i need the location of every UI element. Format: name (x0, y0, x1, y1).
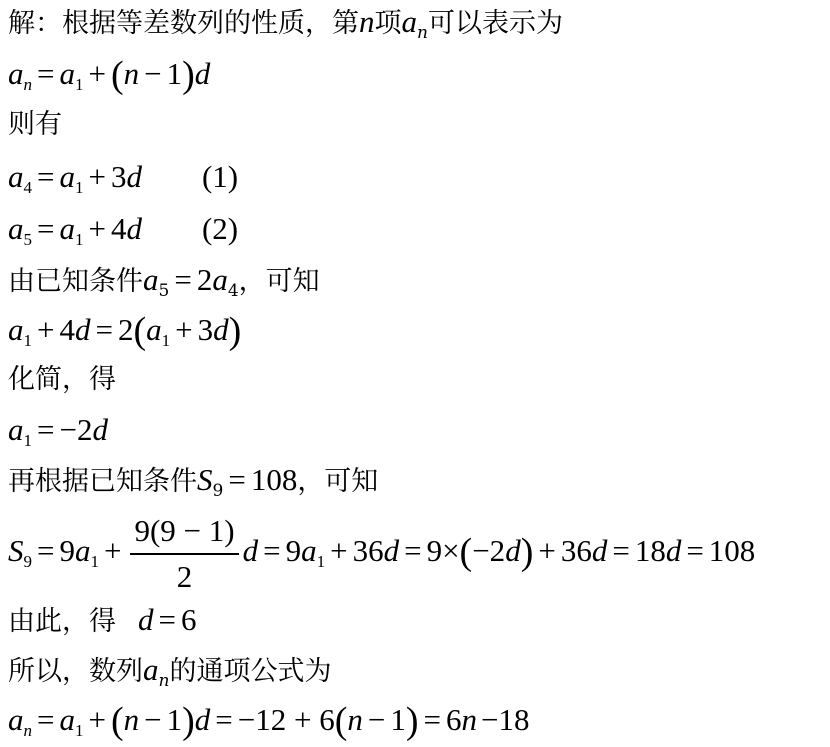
var-d: d (213, 312, 229, 347)
text: 可以表示为 (428, 8, 563, 39)
equation-tag: (1) (202, 159, 238, 194)
var-d: d (505, 533, 521, 568)
number: 3 (111, 159, 127, 194)
subscript: 1 (24, 431, 33, 450)
number: 1 (167, 56, 183, 91)
var-d: d (75, 312, 91, 347)
text: ，可知 (297, 466, 378, 497)
var-a: a (8, 159, 24, 194)
number: 2 (197, 262, 213, 297)
equals: = (258, 533, 285, 568)
equals: = (32, 56, 59, 91)
paren: ) (182, 54, 195, 96)
formula-final: an=a1+(n−1)d=−12 + 6(n−1)=6n−18 (8, 702, 529, 739)
subscript: 9 (24, 552, 33, 571)
equals: = (32, 412, 59, 447)
line-intro: 解：根据等差数列的性质，第n项an可以表示为 (8, 4, 563, 42)
subscript: 4 (228, 281, 239, 301)
subscript: n (24, 721, 33, 740)
var-s: S (8, 533, 24, 568)
var-a: a (8, 702, 24, 737)
var-a: a (59, 159, 75, 194)
var-d: d (195, 702, 211, 737)
subscript: 4 (24, 178, 33, 197)
equals: = (90, 312, 117, 347)
equals: = (32, 211, 59, 246)
var-d: d (92, 412, 108, 447)
paren: ) (182, 700, 195, 742)
formula-general-term: an=a1+(n−1)d (8, 56, 210, 93)
subscript: 5 (159, 281, 170, 301)
minus: − (139, 702, 166, 737)
number: −12 + 6 (238, 702, 335, 737)
number: 1 (167, 702, 183, 737)
var-a: a (146, 312, 162, 347)
number: 2 (118, 312, 134, 347)
var-a: a (8, 412, 24, 447)
number: 9 (59, 533, 75, 568)
number: −2 (472, 533, 505, 568)
equals: = (223, 462, 250, 497)
equals: = (154, 602, 181, 637)
text: 由已知条件 (8, 266, 143, 297)
var-d: d (126, 159, 142, 194)
text: 项 (375, 8, 402, 39)
plus: + (99, 533, 126, 568)
equals: = (32, 159, 59, 194)
equals: = (169, 262, 196, 297)
text-then: 则有 (8, 107, 62, 143)
plus: + (32, 312, 59, 347)
number: −18 (477, 702, 529, 737)
number: 18 (635, 533, 666, 568)
var-a: a (143, 262, 159, 297)
equals: = (32, 702, 59, 737)
plus: + (83, 702, 110, 737)
var-n: n (124, 56, 140, 91)
var-d: d (384, 533, 400, 568)
paren: ( (111, 700, 124, 742)
text: 由此，得 (8, 606, 116, 637)
minus: − (363, 702, 390, 737)
paren: ( (460, 531, 473, 573)
var-a: a (59, 56, 75, 91)
var-a: a (8, 312, 24, 347)
number: 36 (561, 533, 592, 568)
var-a: a (75, 533, 91, 568)
minus: − (139, 56, 166, 91)
fraction-denominator: 2 (130, 555, 238, 597)
var-d: d (138, 602, 154, 637)
number: 4 (111, 211, 127, 246)
subscript: 9 (213, 481, 224, 501)
subscript: n (417, 23, 428, 43)
fraction: 9(9 − 1)2 (130, 511, 238, 597)
text: 解：根据等差数列的性质，第 (8, 8, 359, 39)
number: 4 (59, 312, 75, 347)
subscript: n (159, 671, 170, 691)
var-a: a (212, 262, 228, 297)
equation-a1: a1=−2d (8, 412, 108, 448)
var-a: a (59, 211, 75, 246)
var-d: d (666, 533, 682, 568)
subscript: 1 (162, 331, 171, 350)
line-condition: 由已知条件a5=2a4，可知 (8, 262, 320, 300)
var-a: a (8, 211, 24, 246)
equation-1: a4=a1+3d(1) (8, 159, 238, 195)
var-n: n (462, 702, 478, 737)
subscript: 5 (24, 230, 33, 249)
var-a: a (143, 652, 159, 687)
text: ，可知 (239, 266, 320, 297)
line-condition-s9: 再根据已知条件S9=108，可知 (8, 462, 378, 500)
equation-substitute: a1+4d=2(a1+3d) (8, 312, 241, 349)
var-a: a (301, 533, 317, 568)
plus: + (533, 533, 560, 568)
var-n: n (359, 4, 375, 39)
subscript: 1 (24, 331, 33, 350)
text: 所以，数列 (8, 656, 143, 687)
equals: = (399, 533, 426, 568)
equation-tag: (2) (202, 211, 238, 246)
line-result-d: 由此，得d=6 (8, 602, 196, 640)
subscript: 1 (90, 552, 99, 571)
number: 9 (286, 533, 302, 568)
plus: + (325, 533, 352, 568)
plus: + (170, 312, 197, 347)
text: 再根据已知条件 (8, 466, 197, 497)
var-a: a (8, 56, 24, 91)
var-d: d (126, 211, 142, 246)
number: 3 (198, 312, 214, 347)
var-d: d (195, 56, 211, 91)
number: 6 (446, 702, 462, 737)
paren: ) (406, 700, 419, 742)
equals: = (419, 702, 446, 737)
text-simplify: 化简，得 (8, 362, 116, 398)
var-a: a (59, 702, 75, 737)
var-a: a (402, 4, 418, 39)
paren: ( (133, 310, 146, 352)
number: 36 (353, 533, 384, 568)
text: 的通项公式为 (169, 656, 331, 687)
equation-2: a5=a1+4d(2) (8, 211, 238, 247)
paren: ( (111, 54, 124, 96)
line-conclusion: 所以，数列an的通项公式为 (8, 652, 331, 690)
number: 9× (427, 533, 460, 568)
var-n: n (347, 702, 363, 737)
subscript: n (24, 75, 33, 94)
number: 108 (251, 462, 298, 497)
number: 6 (181, 602, 197, 637)
paren: ( (335, 700, 348, 742)
equals: = (607, 533, 634, 568)
number: 1 (390, 702, 406, 737)
plus: + (83, 211, 110, 246)
var-s: S (197, 462, 213, 497)
var-d: d (592, 533, 608, 568)
equation-sum: S9=9a1+9(9 − 1)2d=9a1+36d=9×(−2d)+36d=18… (8, 508, 755, 594)
subscript: 1 (317, 552, 326, 571)
equals: = (681, 533, 708, 568)
fraction-numerator: 9(9 − 1) (130, 511, 238, 555)
equals: = (32, 533, 59, 568)
paren: ) (229, 310, 242, 352)
equals: = (210, 702, 237, 737)
plus: + (83, 159, 110, 194)
number: 108 (709, 533, 756, 568)
var-d: d (243, 533, 259, 568)
number: −2 (59, 412, 92, 447)
paren: ) (521, 531, 534, 573)
plus: + (83, 56, 110, 91)
var-n: n (124, 702, 140, 737)
